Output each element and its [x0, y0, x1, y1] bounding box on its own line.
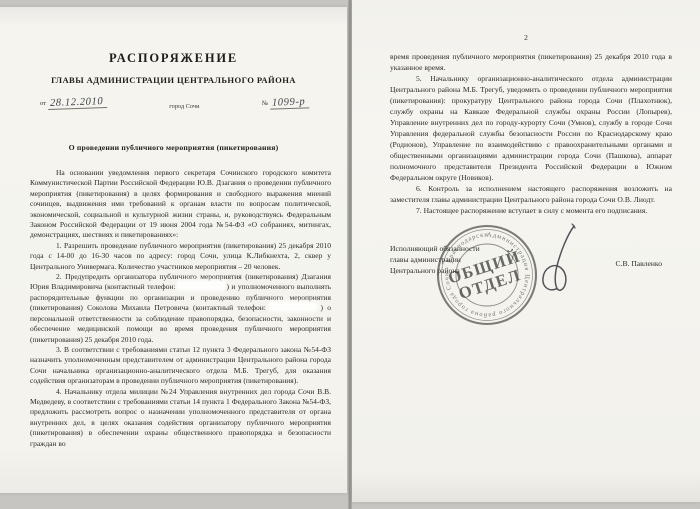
- office-stamp: Администрация Центрального района города…: [436, 224, 538, 326]
- handwritten-number: 1099-р: [269, 96, 309, 109]
- paragraph-item-3: 3. В соответствии с требованиями статьи …: [30, 345, 331, 387]
- paragraph-item-4-continued: время проведения публичного мероприятия …: [390, 51, 672, 73]
- redaction-box: [270, 303, 316, 310]
- document-subtitle: ГЛАВЫ АДМИНИСТРАЦИИ ЦЕНТРАЛЬНОГО РАЙОНА: [0, 75, 347, 85]
- document-page-2: 2 время проведения публичного мероприяти…: [352, 0, 700, 502]
- paragraph-item-6: 6. Контроль за исполнением настоящего ра…: [390, 183, 672, 205]
- date-line: от 28.12.2010: [40, 97, 107, 109]
- paragraph-item-4: 4. Начальнику отдела милиции №24 Управле…: [30, 387, 331, 449]
- document-subject: О проведении публичного мероприятия (пик…: [0, 143, 347, 152]
- paragraph-item-2: 2. Предупредить организатора публичного …: [30, 272, 331, 345]
- paragraph-item-5: 5. Начальнику организационно-аналитическ…: [390, 73, 672, 183]
- signatory-name: С.В. Павленко: [616, 250, 663, 269]
- paragraph-intro: На основании уведомления первого секрета…: [30, 168, 331, 241]
- handwritten-signature: [528, 220, 584, 304]
- handwritten-date: 28.12.2010: [47, 96, 107, 110]
- document-title: РАСПОРЯЖЕНИЕ: [0, 7, 347, 66]
- page-number: 2: [352, 0, 700, 42]
- redaction-box: [178, 282, 224, 289]
- date-prefix-label: от: [40, 100, 46, 107]
- city-label: город Сочи: [169, 103, 199, 110]
- requisites-row: от 28.12.2010 город Сочи № 1099-р: [0, 97, 347, 115]
- paragraph-item-1: 1. Разрешить проведение публичного мероп…: [30, 241, 331, 272]
- page1-body-text: На основании уведомления первого секрета…: [0, 152, 347, 449]
- paragraph-item-7: 7. Настоящее распоряжение вступает в сил…: [390, 205, 672, 216]
- number-line: № 1099-р: [262, 97, 309, 109]
- page2-body-text: время проведения публичного мероприятия …: [352, 42, 700, 216]
- document-page-1: РАСПОРЯЖЕНИЕ ГЛАВЫ АДМИНИСТРАЦИИ ЦЕНТРАЛ…: [0, 7, 347, 493]
- number-prefix-label: №: [262, 100, 268, 107]
